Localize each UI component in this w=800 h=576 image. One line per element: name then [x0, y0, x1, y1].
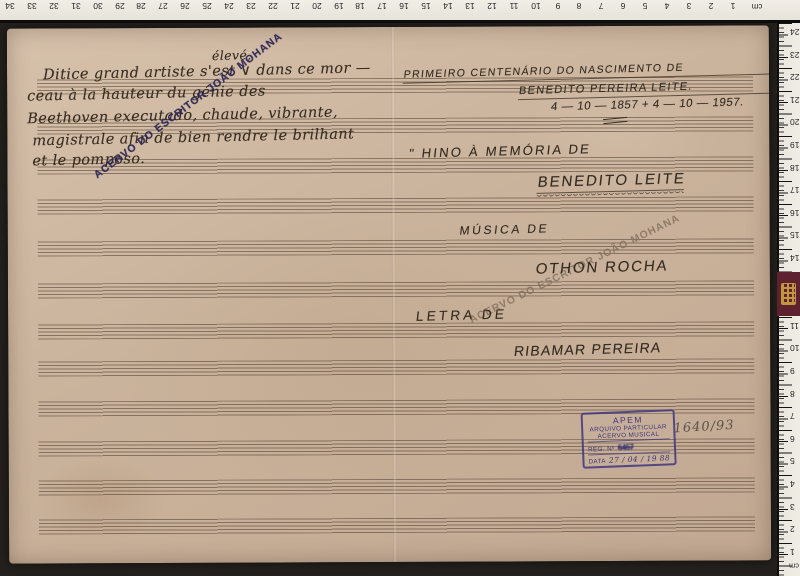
title-honoree-text: BENEDITO LEITE	[536, 170, 686, 194]
top-ruler-number: 33	[27, 1, 36, 11]
lyrics-label: LETRA DE	[415, 307, 508, 324]
right-ruler-number: 10	[790, 343, 799, 353]
music-stave	[38, 238, 754, 256]
right-ruler-unit-label: cm	[789, 562, 799, 571]
right-ruler-number: 3	[790, 502, 795, 512]
right-ruler-number: 22	[790, 72, 799, 82]
top-ruler-number: 16	[399, 1, 408, 11]
top-ruler-number: 8	[577, 1, 582, 11]
music-stave	[39, 516, 755, 534]
title-honoree: BENEDITO LEITE	[536, 170, 687, 199]
top-ruler-number: 2	[708, 1, 713, 11]
right-ruler-number: 8	[790, 389, 795, 399]
top-ruler-number: 13	[465, 1, 474, 11]
music-label: MÚSICA DE	[459, 221, 550, 237]
header-line3: 4 — 10 — 1857 + 4 — 10 — 1957.	[550, 96, 744, 113]
right-ruler-number: 11	[790, 321, 799, 331]
right-ruler-number: 1	[790, 547, 795, 557]
top-ruler-number: 29	[115, 1, 124, 11]
right-ruler-number: 9	[790, 366, 795, 376]
staff-lines	[7, 25, 769, 28]
lyricist-name: RIBAMAR PEREIRA	[513, 339, 662, 359]
top-ruler-number: 31	[71, 1, 80, 11]
right-ruler-number: 18	[790, 163, 799, 173]
top-ruler-number: 24	[224, 1, 233, 11]
apem-archive-stamp: APEM ARQUIVO PARTICULAR ACERVO MUSICAL R…	[581, 409, 677, 469]
top-ruler-number: 21	[290, 1, 299, 11]
top-ruler-number: 12	[487, 1, 496, 11]
crest-icon	[781, 283, 796, 305]
top-ruler-number: 9	[555, 1, 560, 11]
right-ruler-number: 15	[790, 230, 799, 240]
top-ruler-number: 23	[246, 1, 255, 11]
top-ruler-number: 18	[356, 1, 365, 11]
right-ruler-number: 21	[790, 95, 799, 105]
top-ruler-number: 30	[93, 1, 102, 11]
top-ruler-unit-label: cm	[752, 2, 763, 11]
top-ruler: 3433323130292827262524232221201918171615…	[0, 0, 800, 23]
top-ruler-number: 15	[421, 1, 430, 11]
top-ruler-number: 14	[443, 1, 452, 11]
right-ruler-number: 24	[790, 27, 799, 37]
music-stave	[39, 477, 755, 495]
top-ruler-number: 4	[665, 1, 670, 11]
right-ruler-number: 23	[790, 50, 799, 60]
top-ruler-number: 34	[5, 1, 14, 11]
right-ruler-number: 16	[790, 208, 799, 218]
scanned-manuscript-page: 3433323130292827262524232221201918171615…	[0, 0, 800, 576]
top-ruler-number: 19	[334, 1, 343, 11]
top-ruler-number: 17	[378, 1, 387, 11]
top-ruler-number: 27	[159, 1, 168, 11]
top-ruler-number: 22	[268, 1, 277, 11]
right-ruler-number: 4	[790, 479, 795, 489]
right-ruler-number: 6	[790, 434, 795, 444]
top-ruler-number: 25	[202, 1, 211, 11]
top-ruler-number: 7	[599, 1, 604, 11]
composer-name: OTHON ROCHA	[535, 257, 670, 277]
right-ruler-number: 20	[790, 117, 799, 127]
music-stave	[38, 358, 754, 376]
top-ruler-number: 6	[621, 1, 626, 11]
right-ruler-number: 2	[790, 524, 795, 534]
music-stave	[38, 280, 754, 298]
apem-date-label: DATA	[588, 458, 606, 466]
top-ruler-number: 10	[531, 1, 540, 11]
top-ruler-number: 11	[509, 1, 518, 11]
music-stave	[38, 196, 754, 214]
right-ruler-number: 14	[790, 253, 799, 263]
manuscript-paper: élevé, Ditice grand artiste s'est ∨ dans…	[7, 25, 771, 563]
top-ruler-number: 1	[730, 1, 735, 11]
apem-reg-label: REG. Nº	[588, 446, 615, 454]
top-ruler-number: 32	[49, 1, 58, 11]
top-ruler-number: 28	[137, 1, 146, 11]
top-ruler-number: 26	[180, 1, 189, 11]
top-ruler-number: 3	[687, 1, 692, 11]
catalog-number: 1640/93	[673, 418, 735, 436]
right-ruler-number: 7	[790, 411, 795, 421]
music-stave	[38, 321, 754, 339]
apem-date-value: 27 / 04 / 19 88	[609, 453, 670, 464]
top-ruler-number: 5	[643, 1, 648, 11]
apem-reg-value: 6457	[618, 443, 634, 453]
right-ruler-number: 19	[790, 140, 799, 150]
top-ruler-number: 20	[312, 1, 321, 11]
right-ruler-number: 17	[790, 185, 799, 195]
archive-crest-patch	[777, 272, 800, 316]
right-ruler-number: 5	[790, 456, 795, 466]
